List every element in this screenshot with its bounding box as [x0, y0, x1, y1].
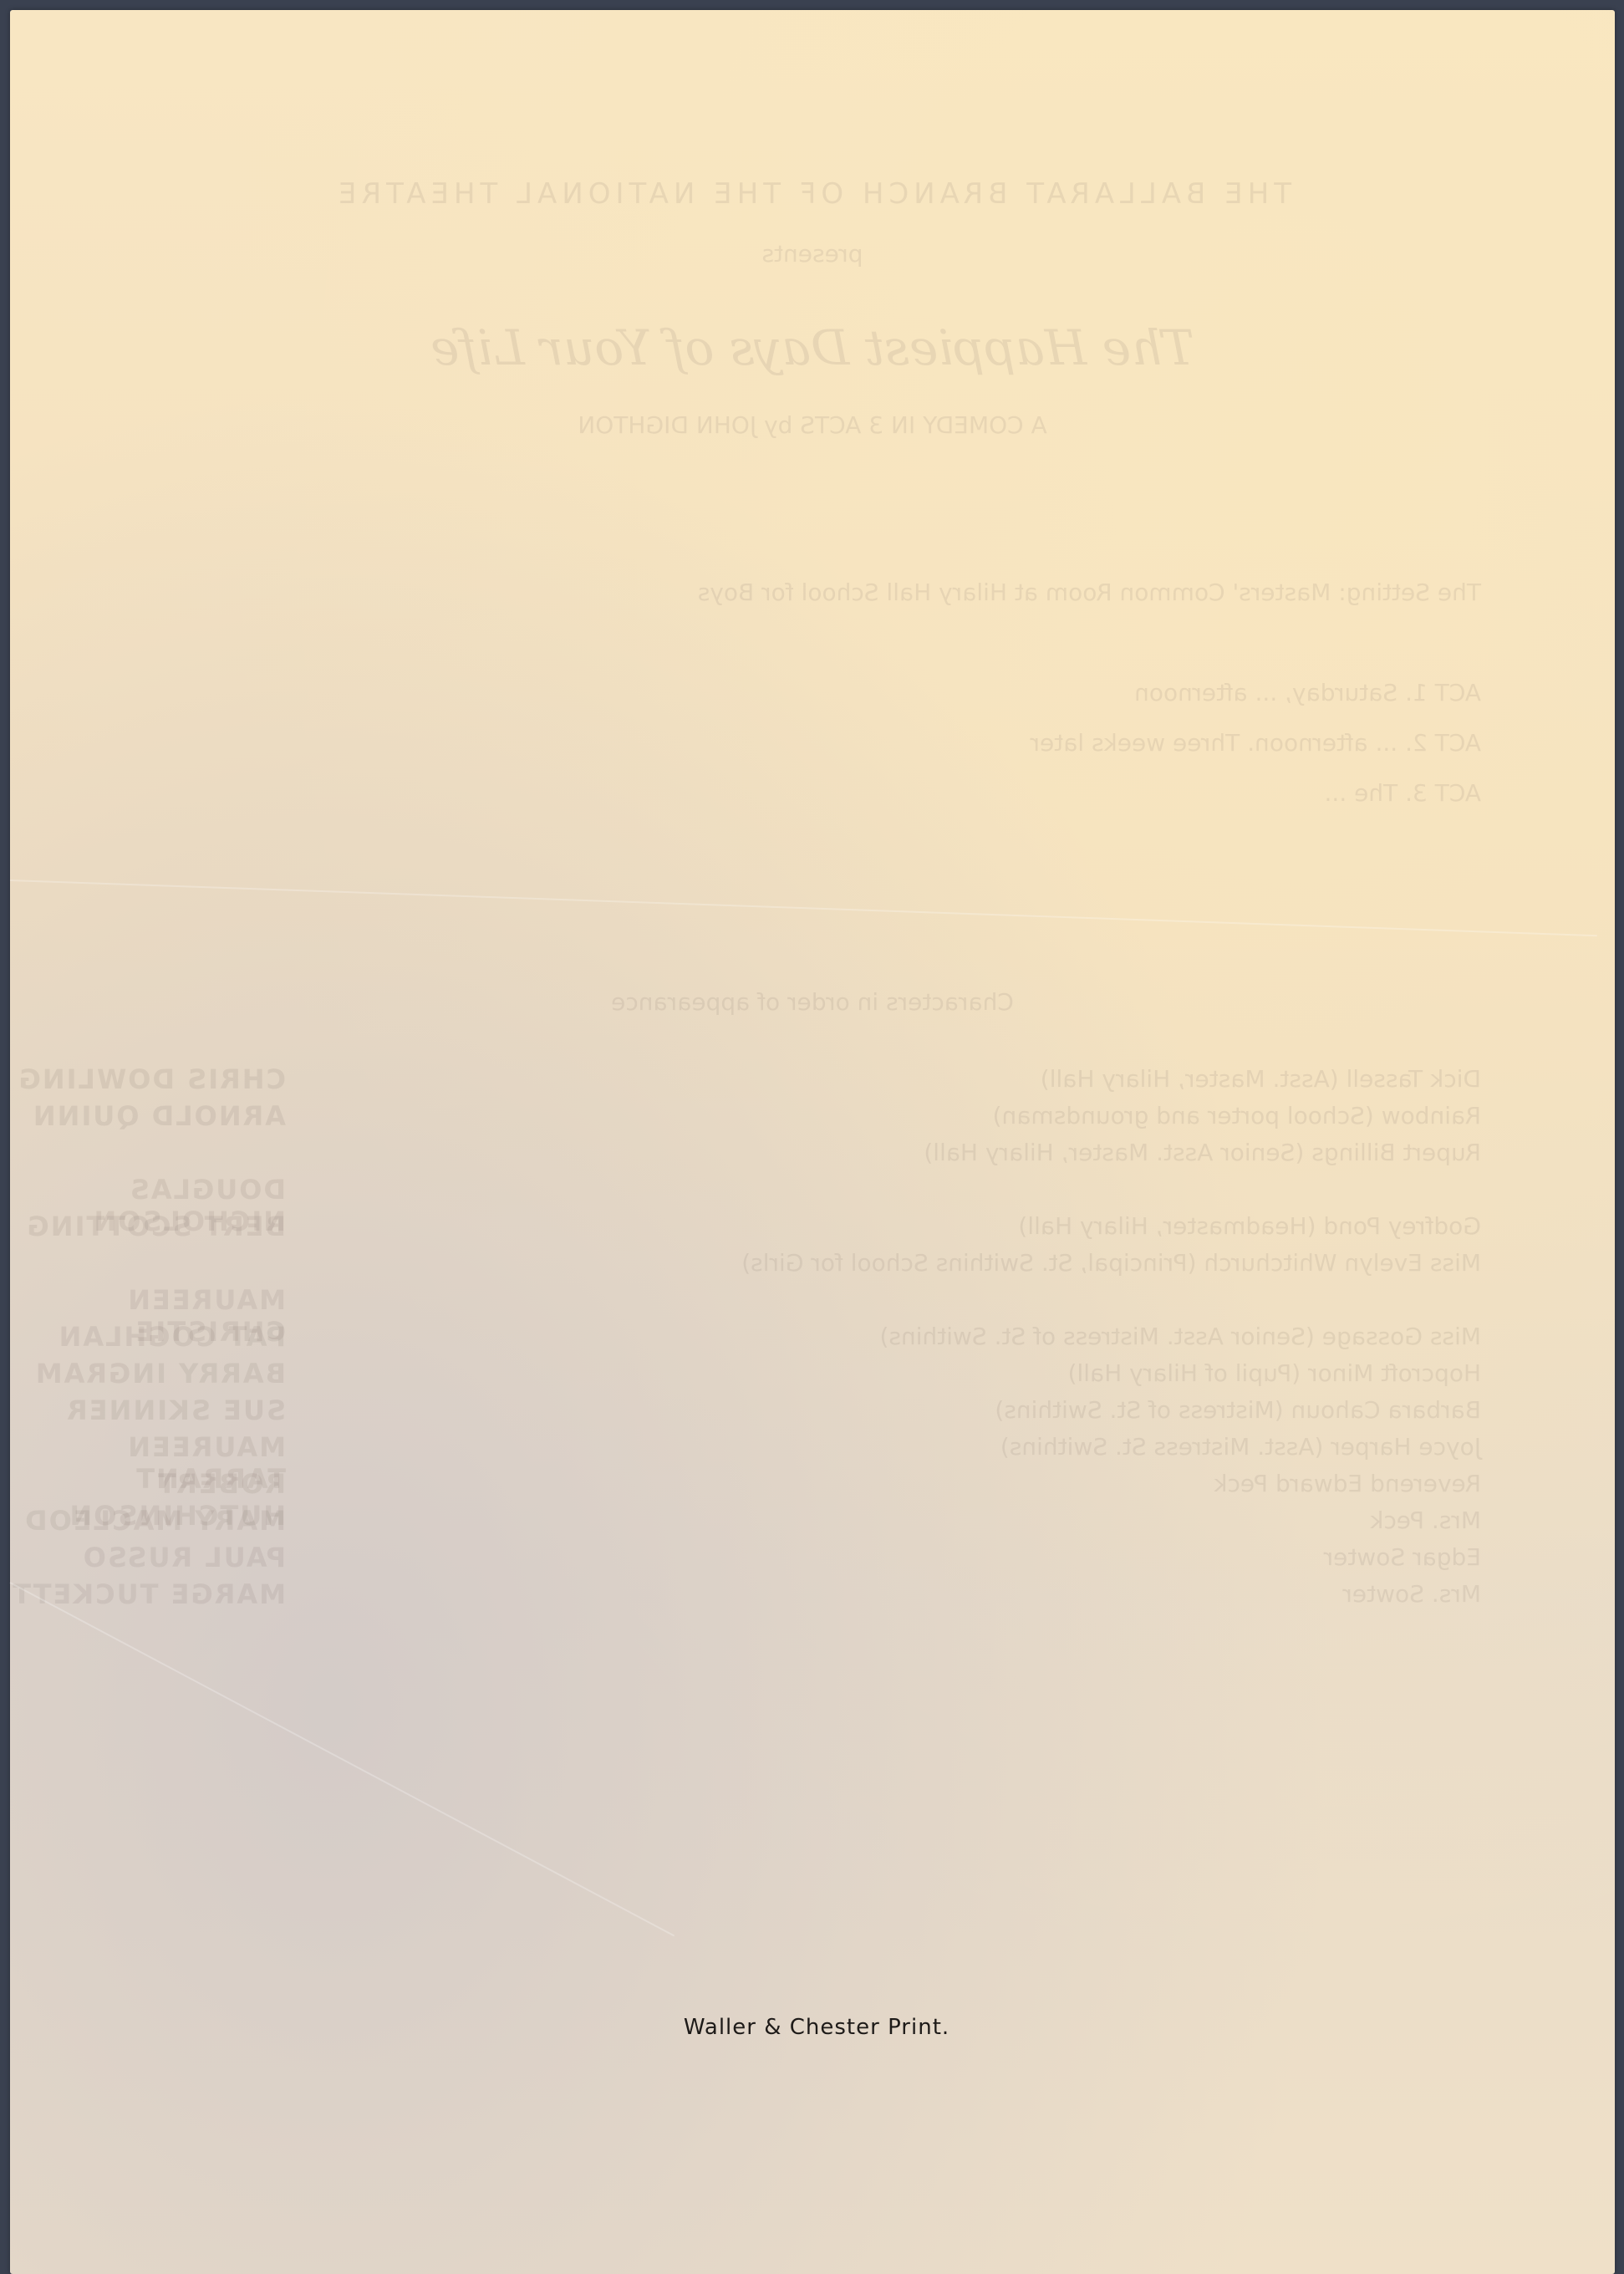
printer-imprint: Waller & Chester Print. [10, 2015, 1615, 2040]
showthrough-cast-actor: PAUL RUSSO [0, 1542, 286, 1573]
showthrough-cast-role: Hopcroft Minor (Pupil of Hilary Hall) [144, 1359, 1481, 1387]
showthrough-cast-actor: BARRY INGRAM [0, 1358, 286, 1389]
showthrough-cast-actor: ARNOLD QUINN [0, 1100, 286, 1132]
reverse-side-showthrough: THE BALLARAT BRANCH OF THE NATIONAL THEA… [10, 10, 1615, 2274]
showthrough-cast-role: Miss Evelyn Whitchurch (Principal, St. S… [144, 1249, 1481, 1277]
showthrough-scene: ACT 1. Saturday, ... afternoon [144, 679, 1481, 706]
showthrough-scene: ACT 2. ... afternoon. Three weeks later [144, 729, 1481, 757]
showthrough-cast-actor: MARGE TUCKETT [0, 1578, 286, 1610]
showthrough-cast-role: Joyce Harper (Asst. Mistress St. Swithin… [144, 1433, 1481, 1461]
showthrough-cast-role: Dick Tassell (Asst. Master, Hilary Hall) [144, 1065, 1481, 1093]
showthrough-cast-role: Barbara Cahoun (Mistress of St. Swithins… [144, 1396, 1481, 1424]
showthrough-cast-actor: BERT SCOTTING [0, 1211, 286, 1242]
showthrough-cast-role: Rupert Billings (Senior Asst. Master, Hi… [144, 1139, 1481, 1166]
showthrough-cast-header: Characters in order of appearance [144, 988, 1481, 1016]
showthrough-scene: ACT 3. The ... [144, 779, 1481, 807]
showthrough-cast-role: Edgar Sowter [144, 1543, 1481, 1571]
showthrough-title: The Happiest Days of Your Life [144, 319, 1481, 376]
showthrough-cast-actor: PAT COGHLAN [0, 1321, 286, 1353]
showthrough-cast-role: Miss Gossage (Senior Asst. Mistress of S… [144, 1323, 1481, 1350]
showthrough-cast-role: Rainbow (School porter and groundsman) [144, 1102, 1481, 1129]
showthrough-cast-role: Reverend Edward Peck [144, 1470, 1481, 1497]
showthrough-presents: presents [144, 240, 1481, 268]
showthrough-subtitle: A COMEDY IN 3 ACTS by JOHN DIGHTON [144, 411, 1481, 439]
showthrough-cast-role: Godfrey Pond (Headmaster, Hilary Hall) [144, 1212, 1481, 1240]
program-back-page: THE BALLARAT BRANCH OF THE NATIONAL THEA… [10, 10, 1615, 2274]
showthrough-cast-role: Mrs. Sowter [144, 1580, 1481, 1608]
showthrough-cast-actor: CHRIS DOWLING [0, 1063, 286, 1095]
showthrough-heading: THE BALLARAT BRANCH OF THE NATIONAL THEA… [144, 177, 1481, 211]
showthrough-scene: The Setting: Masters' Common Room at Hil… [144, 579, 1481, 606]
showthrough-cast-role: Mrs. Peck [144, 1507, 1481, 1534]
showthrough-cast-actor: SUE SKINNER [0, 1394, 286, 1426]
showthrough-cast-actor: MARY MACLEOD [0, 1505, 286, 1537]
